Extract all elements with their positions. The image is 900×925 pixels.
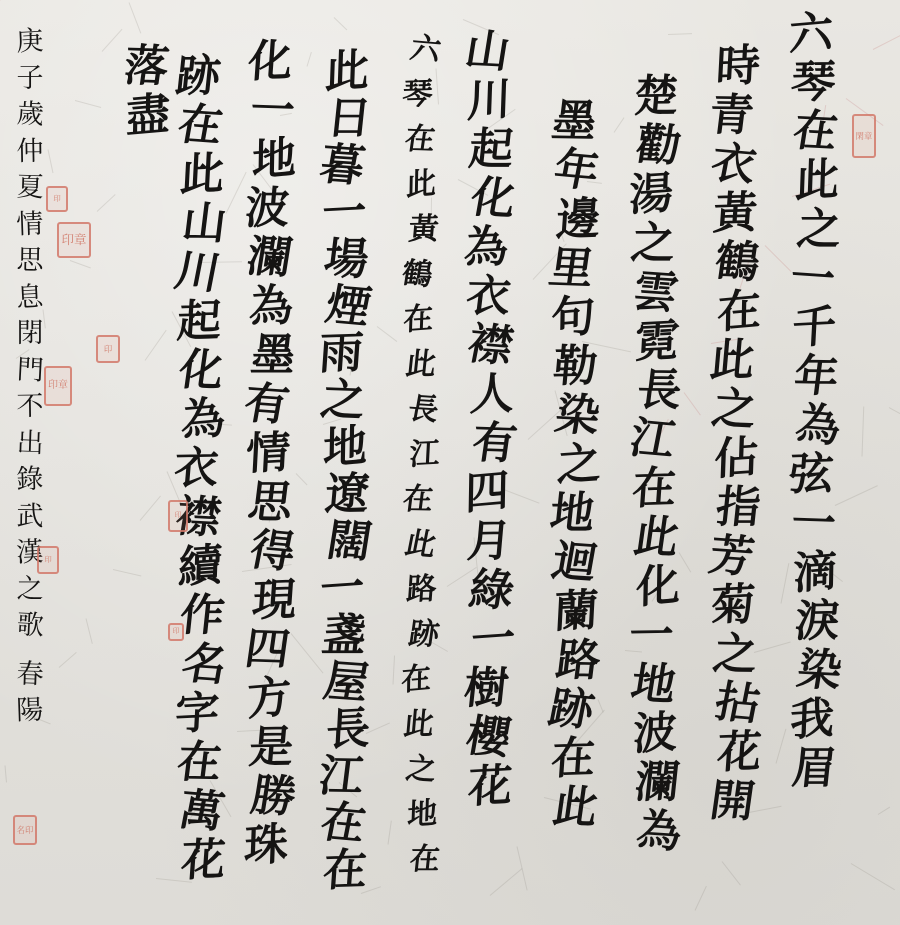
glyph: 路: [545, 639, 611, 689]
paper-fiber: [59, 652, 77, 668]
glyph: 霓: [626, 318, 688, 370]
glyph: 雨: [309, 331, 372, 380]
signature-glyph: 之: [12, 576, 48, 613]
paper-fiber: [86, 618, 93, 643]
glyph: 勒: [543, 344, 607, 394]
glyph: 勝: [239, 774, 307, 826]
glyph: 在: [709, 287, 770, 341]
glyph: 人: [460, 372, 523, 423]
calligraphy-column-5: 山川起化為衣襟人有四月綠一樹櫻花: [460, 30, 520, 814]
glyph: 此: [388, 350, 453, 395]
glyph: 在: [384, 485, 450, 531]
signature-glyph: 子: [12, 65, 48, 102]
seal-side-2-stamp: 印章: [57, 222, 91, 258]
glyph: 墨: [240, 334, 305, 383]
glyph: 之: [620, 222, 685, 271]
paper-fiber: [75, 100, 101, 108]
glyph: 指: [705, 486, 770, 535]
glyph: 長: [317, 706, 379, 756]
glyph: 衣: [455, 275, 521, 325]
glyph: 鶴: [383, 259, 450, 307]
seal-side-3-stamp: 印: [96, 335, 120, 363]
paper-fiber: [145, 330, 167, 361]
glyph: 化: [628, 562, 689, 616]
seal-side-4-stamp: 印章: [44, 366, 72, 406]
glyph: 之: [702, 633, 768, 683]
signature-glyph: 息: [11, 283, 49, 321]
glyph: 珠: [235, 822, 297, 875]
glyph: 起: [458, 128, 523, 177]
glyph: 花: [171, 838, 234, 889]
glyph: 在: [392, 845, 457, 890]
glyph: 盡: [118, 91, 179, 145]
glyph: 琴: [385, 79, 448, 126]
glyph: 方: [239, 674, 300, 728]
glyph: 波: [624, 710, 686, 763]
glyph: 花: [707, 730, 770, 781]
glyph: 楚: [624, 74, 688, 124]
glyph: 此: [391, 167, 452, 217]
glyph: 此: [386, 709, 450, 755]
glyph: 日: [317, 97, 382, 144]
glyph: 地: [539, 492, 604, 541]
glyph: 眉: [781, 747, 846, 796]
glyph: 年: [783, 355, 849, 405]
glyph: 勸: [624, 123, 692, 175]
signature-glyph: 歲: [11, 100, 49, 138]
signature-glyph: 庚: [11, 27, 49, 65]
paper-fiber: [0, 0, 1, 1]
glyph: 為: [783, 402, 852, 456]
glyph: 之: [548, 441, 610, 494]
glyph: 在: [541, 736, 604, 787]
glyph: 淚: [785, 599, 849, 649]
glyph: 之: [786, 208, 851, 257]
signature-glyph: 夏: [11, 173, 48, 211]
paper-fiber: [668, 33, 692, 35]
signature-glyph: 春: [11, 660, 48, 698]
glyph: 開: [699, 779, 766, 830]
glyph: 滴: [785, 548, 846, 602]
seal-mid-2-stamp: 印: [168, 623, 184, 641]
glyph: 青: [698, 94, 764, 144]
signature-glyph: 情: [11, 210, 48, 248]
glyph: 在: [166, 741, 232, 791]
paper-fiber: [334, 17, 348, 30]
calligraphy-column-10: 落盡: [120, 45, 180, 143]
paper-fiber: [140, 496, 161, 521]
glyph: 此: [786, 157, 848, 210]
glyph: 在: [386, 124, 452, 171]
signature-glyph: 武: [12, 502, 49, 539]
glyph: 六: [781, 9, 842, 63]
seal-sig-1-stamp: 印: [37, 546, 59, 574]
glyph: 邊: [546, 197, 609, 248]
glyph: 長: [388, 393, 456, 442]
signature-glyph: 歌: [11, 611, 49, 649]
glyph: 在: [622, 466, 685, 517]
signature-glyph: 閉: [12, 320, 48, 357]
glyph: 盞: [312, 614, 377, 661]
glyph: 起: [167, 299, 230, 350]
glyph: 場: [313, 238, 379, 286]
calligraphy-column-2: 時青衣黃鶴在此之佔指芳菊之拈花開: [705, 45, 765, 829]
glyph: 四: [457, 468, 518, 522]
glyph: 六: [390, 33, 458, 83]
glyph: 黃: [391, 214, 455, 260]
signature-glyph: 仲: [12, 137, 49, 174]
glyph: 山: [171, 202, 237, 252]
paper-fiber: [490, 868, 523, 896]
glyph: 闊: [315, 519, 382, 569]
glyph: 之: [387, 754, 454, 802]
glyph: 此: [542, 785, 609, 836]
calligraphy-column-9: 跡在此山川起化為衣襟續作名字在萬花: [170, 55, 230, 888]
calligraphy-column-4: 墨年邊里句勒染之地迴蘭路跡在此: [545, 100, 605, 835]
paper-fiber: [851, 863, 895, 890]
seal-lead-stamp: 閑章: [852, 114, 876, 158]
glyph: 為: [173, 395, 234, 449]
paper-fiber: [307, 52, 312, 67]
glyph: 此: [316, 48, 378, 99]
paper-fiber: [5, 765, 7, 782]
calligraphy-column-3: 楚勸湯之雲霓長江在此化一地波瀾為: [625, 75, 685, 859]
paper-fiber: [722, 861, 741, 885]
glyph: 有: [461, 421, 528, 472]
calligraphy-scroll: 六琴在此之一千年為弦一滴淚染我眉 時青衣黃鶴在此之佔指芳菊之拈花開 楚勸湯之雲霓…: [0, 0, 900, 925]
glyph: 花: [459, 763, 521, 815]
paper-fiber: [113, 569, 141, 576]
glyph: 遼: [315, 472, 379, 520]
seal-mid-1-stamp: 印: [168, 500, 188, 532]
signature-glyph: 出: [11, 429, 48, 467]
glyph: 跡: [390, 619, 456, 666]
glyph: 一: [311, 565, 373, 616]
glyph: 地: [391, 798, 452, 847]
signature-glyph: 陽: [11, 696, 48, 734]
glyph: 為: [625, 808, 693, 861]
calligraphy-column-6: 六琴在此黃鶴在此長江在此路跡在此之地在: [390, 35, 450, 890]
glyph: 琴: [781, 60, 845, 110]
glyph: 長: [626, 369, 692, 419]
glyph: 時: [707, 43, 769, 95]
glyph: 地: [244, 135, 305, 189]
glyph: 為: [455, 224, 517, 276]
glyph: 句: [543, 293, 604, 347]
paper-fiber: [873, 27, 900, 50]
glyph: 在: [313, 848, 376, 897]
glyph: 化: [459, 175, 527, 228]
glyph: 衣: [164, 446, 228, 496]
glyph: 在: [386, 662, 447, 712]
seal-name-stamp: 名印: [13, 815, 37, 845]
seal-side-1-stamp: 印: [46, 186, 68, 212]
glyph: 墨: [541, 100, 607, 150]
paper-fiber: [129, 2, 142, 33]
glyph: 此: [171, 151, 233, 203]
signature-glyph: 錄: [11, 465, 48, 503]
glyph: 一: [462, 616, 524, 669]
glyph: 弦: [779, 452, 842, 503]
paper-fiber: [889, 407, 900, 414]
glyph: 續: [169, 543, 231, 596]
glyph: 在: [387, 303, 448, 352]
paper-fiber: [97, 194, 116, 212]
glyph: 江: [393, 438, 455, 486]
glyph: 波: [235, 186, 299, 236]
signature-glyph: 不: [12, 393, 49, 430]
glyph: 為: [240, 283, 302, 336]
glyph: 湯: [620, 171, 682, 224]
calligraphy-column-1: 六琴在此之一千年為弦一滴淚染我眉: [785, 12, 845, 796]
paper-fiber: [48, 149, 54, 173]
glyph: 菊: [702, 582, 764, 634]
paper-fiber: [70, 260, 91, 268]
paper-fiber: [862, 407, 865, 457]
calligraphy-column-7: 此日暮一場煙雨之地遼闊一盞屋長江在在: [315, 50, 375, 896]
glyph: 蘭: [545, 588, 607, 640]
glyph: 江: [308, 755, 374, 803]
glyph: 黃: [703, 191, 766, 242]
glyph: 此: [385, 528, 453, 578]
signature-inscription: 庚子歲仲夏情思息閉門不出錄武漢之歌春陽: [12, 28, 48, 734]
glyph: 川: [458, 77, 520, 130]
paper-fiber: [614, 117, 625, 132]
glyph: 煙: [314, 283, 383, 335]
calligraphy-column-8: 化一地波瀾為墨有情思得現四方是勝珠: [240, 40, 300, 873]
glyph: 思: [237, 481, 303, 531]
glyph: 現: [242, 578, 305, 629]
glyph: 樹: [453, 667, 518, 716]
glyph: 我: [781, 696, 843, 749]
glyph: 此: [700, 338, 764, 388]
glyph: 名: [170, 641, 238, 694]
glyph: 路: [389, 574, 452, 621]
glyph: 字: [166, 690, 228, 742]
glyph: 染: [785, 648, 853, 700]
glyph: 千: [783, 304, 845, 356]
paper-fiber: [878, 807, 890, 815]
glyph: 情: [237, 430, 299, 482]
glyph: 佔: [705, 435, 767, 488]
glyph: 一: [313, 189, 375, 239]
glyph: 化: [238, 39, 301, 90]
glyph: 一: [619, 613, 683, 663]
paper-fiber: [695, 886, 707, 911]
glyph: 月: [457, 519, 521, 569]
glyph: 是: [239, 725, 303, 775]
signature-glyph: 思: [12, 247, 49, 284]
glyph: 瀾: [624, 761, 689, 810]
